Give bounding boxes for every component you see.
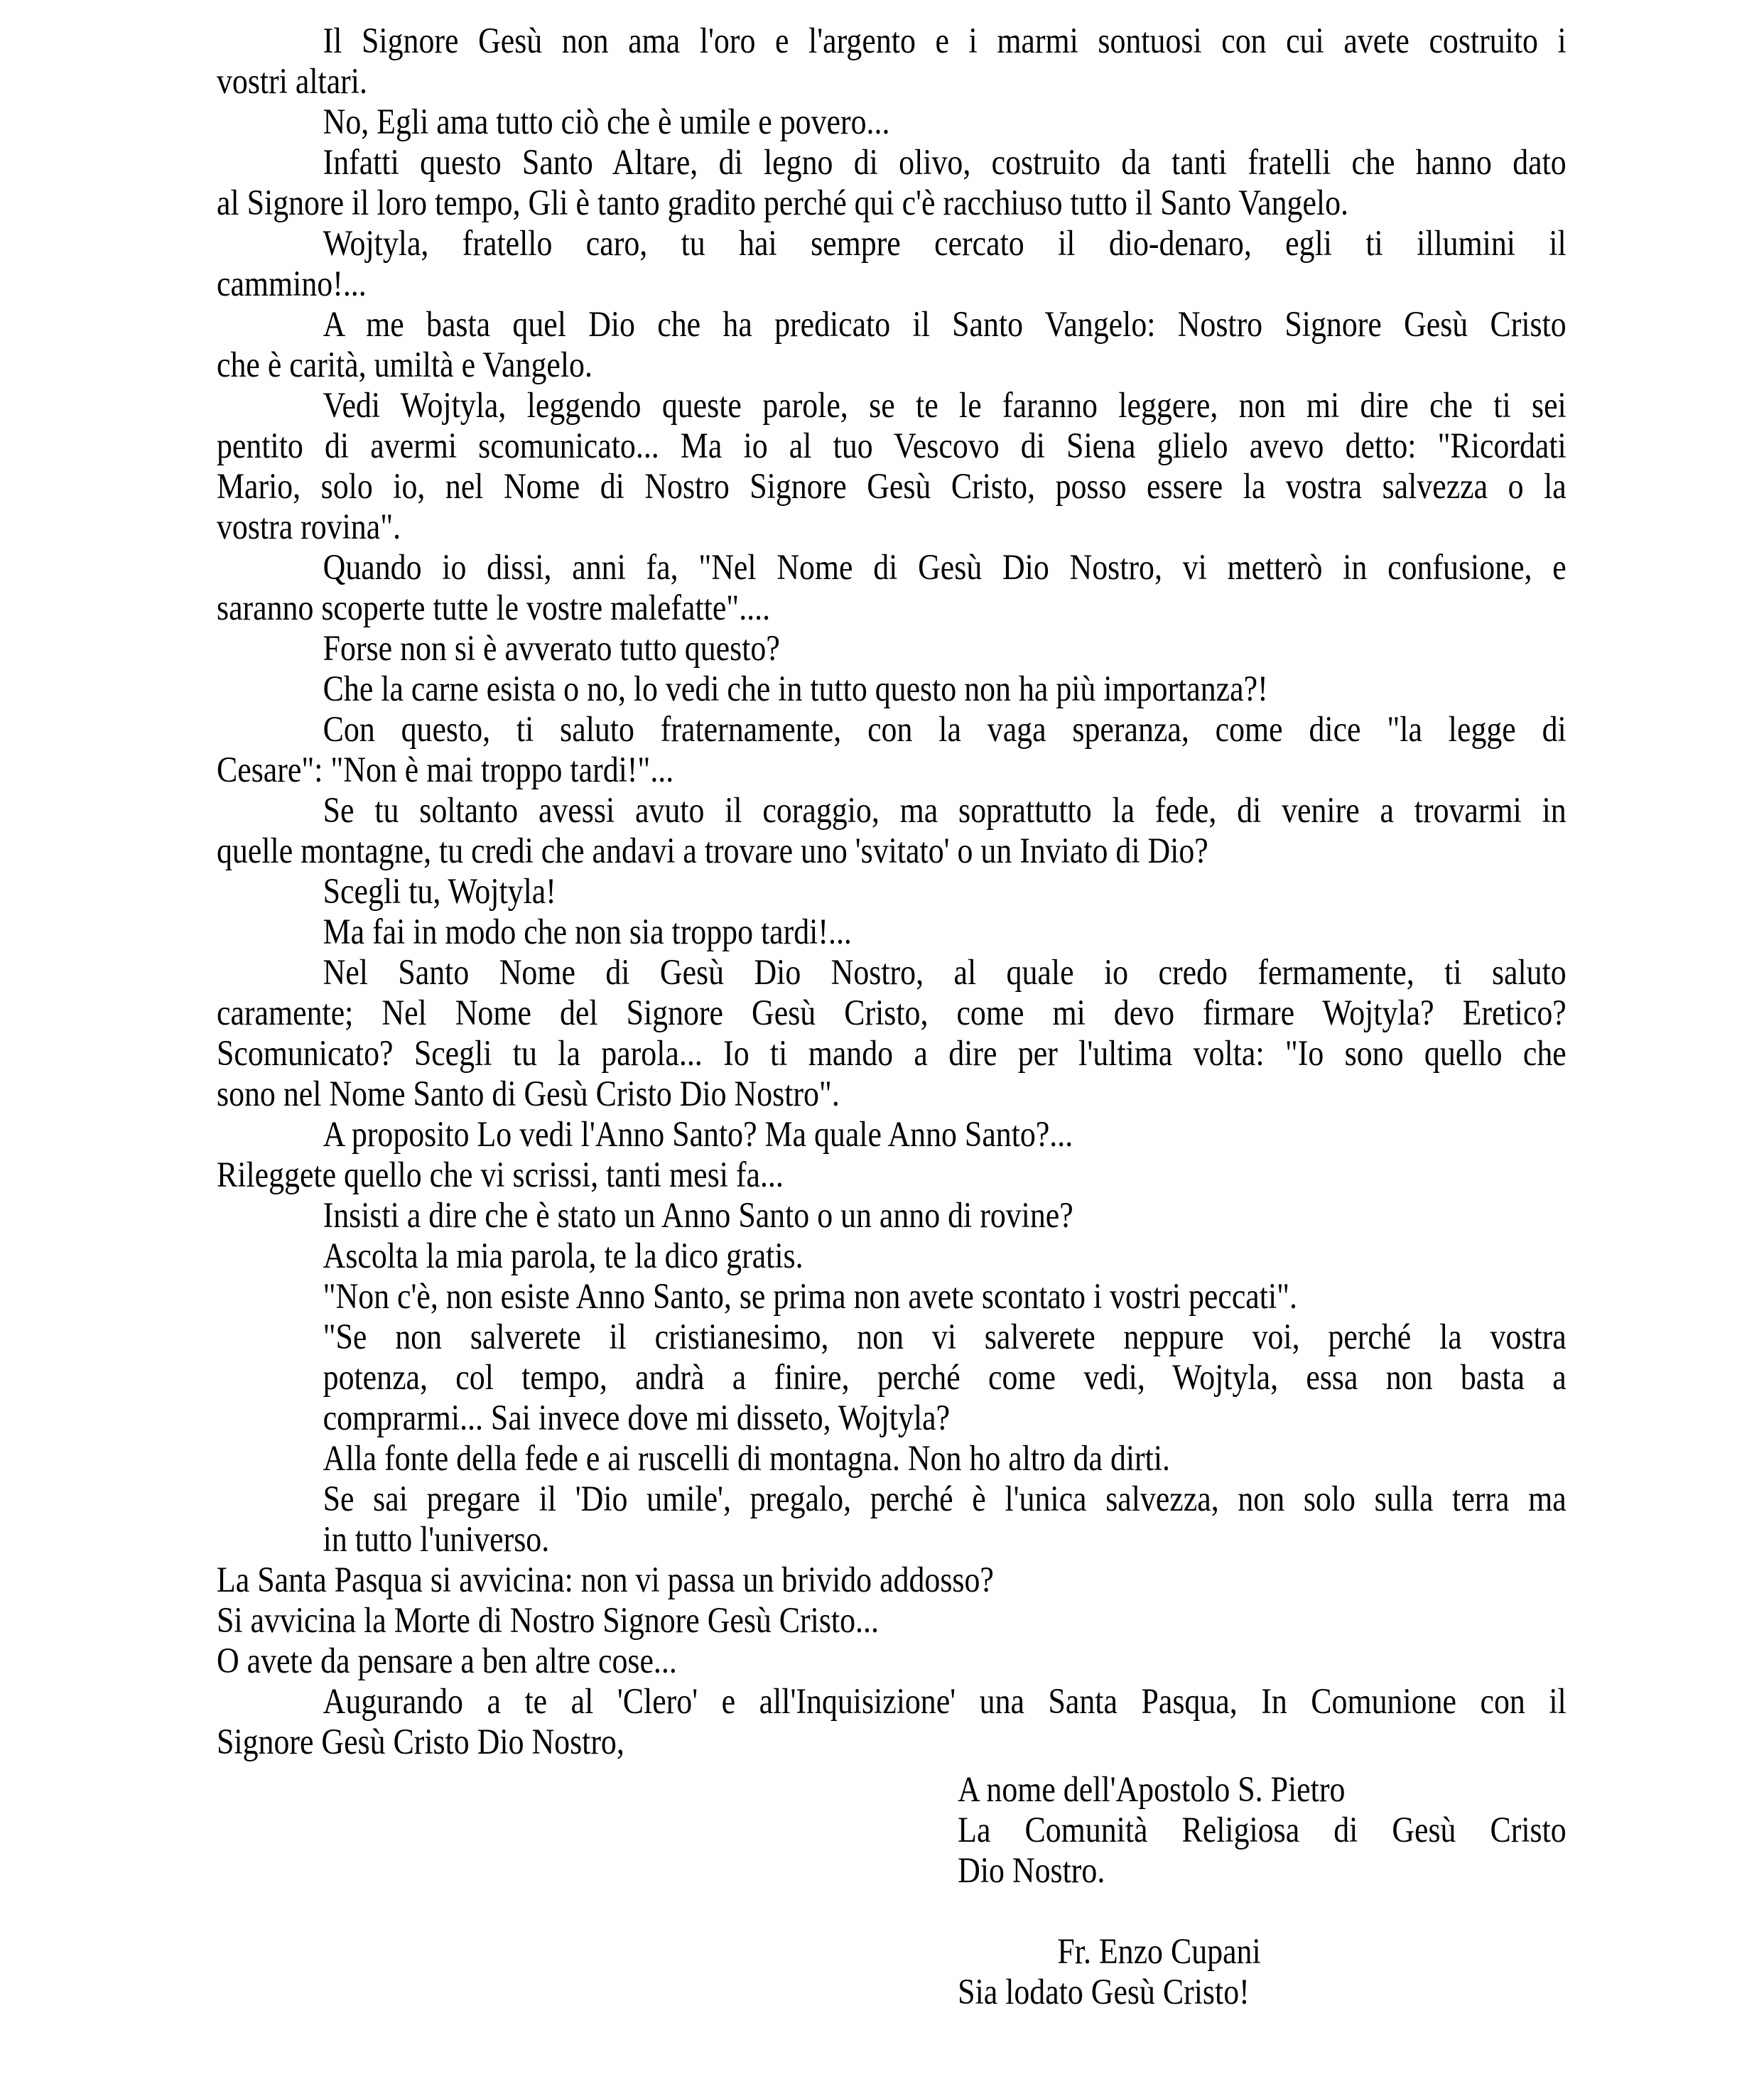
text-line: pentito di avermi scomunicato... Ma io a…	[217, 426, 1567, 467]
text-line: Infatti questo Santo Altare, di legno di…	[217, 143, 1567, 183]
text-line: Wojtyla, fratello caro, tu hai sempre ce…	[217, 224, 1567, 264]
text-line: quelle montagne, tu credi che andavi a t…	[217, 831, 1567, 872]
text-line: Alla fonte della fede e ai ruscelli di m…	[323, 1439, 1567, 1479]
text-line: vostra rovina".	[217, 507, 1567, 548]
text-line: Forse non si è avverato tutto questo?	[217, 629, 1567, 669]
text-line: Quando io dissi, anni fa, "Nel Nome di G…	[217, 548, 1567, 588]
text-line: Scomunicato? Scegli tu la parola... Io t…	[217, 1034, 1567, 1074]
text-line: Nel Santo Nome di Gesù Dio Nostro, al qu…	[217, 953, 1567, 993]
text-line: No, Egli ama tutto ciò che è umile e pov…	[217, 102, 1567, 143]
text-line: Si avvicina la Morte di Nostro Signore G…	[217, 1601, 1567, 1641]
text-line: Insisti a dire che è stato un Anno Santo…	[217, 1196, 1567, 1236]
text-line: Rileggete quello che vi scrissi, tanti m…	[217, 1155, 1567, 1196]
text-line: O avete da pensare a ben altre cose...	[217, 1641, 1567, 1682]
text-line: Con questo, ti saluto fraternamente, con…	[217, 710, 1567, 750]
text-line: "Non c'è, non esiste Anno Santo, se prim…	[217, 1277, 1567, 1317]
text-line: Che la carne esista o no, lo vedi che in…	[217, 669, 1567, 710]
document-page: Il Signore Gesù non ama l'oro e l'argent…	[0, 0, 1764, 2089]
text-line: Augurando a te al 'Clero' e all'Inquisiz…	[217, 1682, 1567, 1722]
text-line: Scegli tu, Wojtyla!	[217, 872, 1567, 912]
text-line: Mario, solo io, nel Nome di Nostro Signo…	[217, 467, 1567, 507]
text-line: caramente; Nel Nome del Signore Gesù Cri…	[217, 993, 1567, 1034]
text-line: Il Signore Gesù non ama l'oro e l'argent…	[217, 21, 1567, 62]
letter-body: Il Signore Gesù non ama l'oro e l'argent…	[217, 21, 1567, 2013]
text-line: La Santa Pasqua si avvicina: non vi pass…	[217, 1560, 1567, 1601]
text-line: Vedi Wojtyla, leggendo queste parole, se…	[217, 386, 1567, 426]
text-line: A nome dell'Apostolo S. Pietro	[958, 1770, 1567, 1810]
text-line: in tutto l'universo.	[323, 1520, 1567, 1560]
text-line: Se sai pregare il 'Dio umile', pregalo, …	[323, 1479, 1567, 1520]
text-line: cammino!...	[217, 264, 1567, 305]
text-line: Cesare": "Non è mai troppo tardi!"...	[217, 750, 1567, 791]
text-line: comprarmi... Sai invece dove mi disseto,…	[323, 1398, 1567, 1439]
text-line: Se tu soltanto avessi avuto il coraggio,…	[217, 791, 1567, 831]
text-line: sono nel Nome Santo di Gesù Cristo Dio N…	[217, 1074, 1567, 1115]
text-line: Dio Nostro.	[958, 1851, 1567, 1891]
text-line: al Signore il loro tempo, Gli è tanto gr…	[217, 183, 1567, 224]
text-line: Ascolta la mia parola, te la dico gratis…	[217, 1236, 1567, 1277]
text-line: Signore Gesù Cristo Dio Nostro,	[217, 1722, 1567, 1763]
text-line: A proposito Lo vedi l'Anno Santo? Ma qua…	[217, 1115, 1567, 1155]
text-line: Sia lodato Gesù Cristo!	[958, 1972, 1567, 2013]
text-line: che è carità, umiltà e Vangelo.	[217, 345, 1567, 386]
text-line: vostri altari.	[217, 62, 1567, 102]
text-line: Fr. Enzo Cupani	[1057, 1932, 1566, 1972]
text-line: A me basta quel Dio che ha predicato il …	[217, 305, 1567, 345]
text-line: Ma fai in modo che non sia troppo tardi!…	[217, 912, 1567, 953]
text-line: potenza, col tempo, andrà a finire, perc…	[323, 1358, 1567, 1398]
text-line: "Se non salverete il cristianesimo, non …	[323, 1317, 1567, 1358]
text-line: saranno scoperte tutte le vostre malefat…	[217, 588, 1567, 629]
text-line: La Comunità Religiosa di Gesù Cristo	[958, 1810, 1567, 1851]
